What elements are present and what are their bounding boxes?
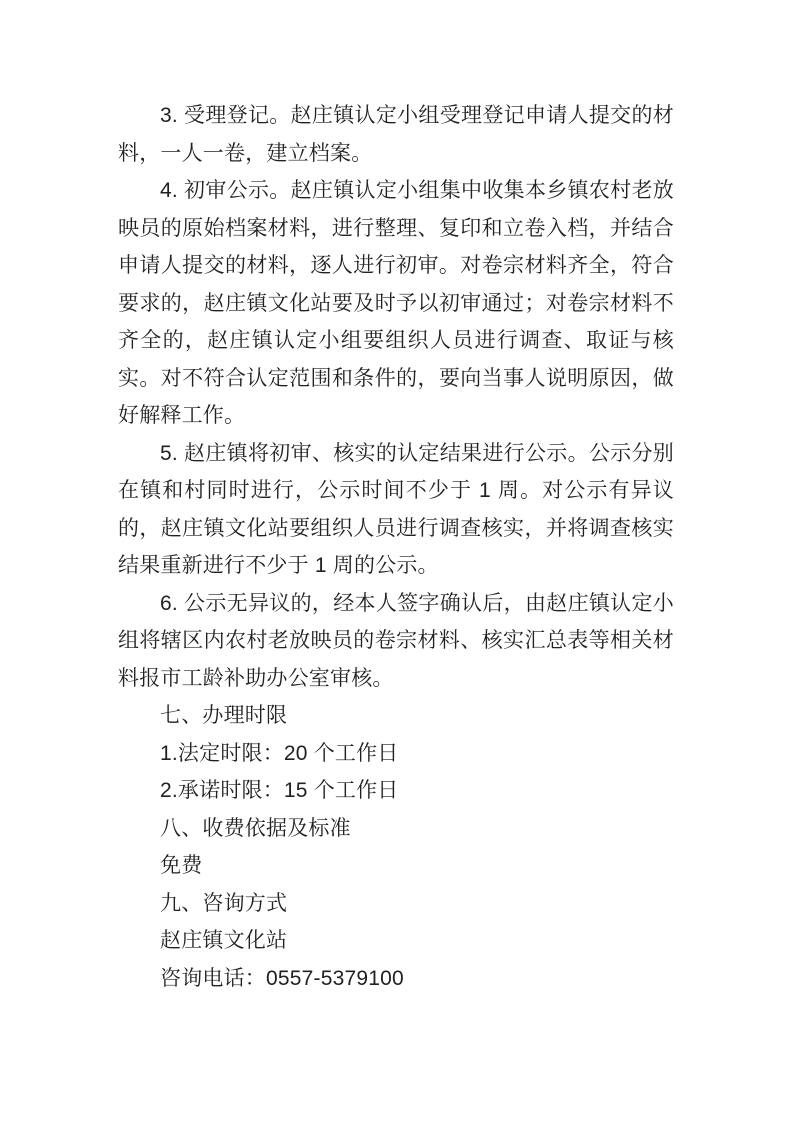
- paragraph-section-7-heading-time-limit: 七、办理时限: [118, 697, 674, 735]
- paragraph-list: 3. 受理登记。赵庄镇认定小组受理登记申请人提交的材料，一人一卷，建立档案。4.…: [118, 97, 674, 997]
- document-page: 3. 受理登记。赵庄镇认定小组受理登记申请人提交的材料，一人一卷，建立档案。4.…: [0, 0, 793, 1122]
- paragraph-step-3-accept-registration: 3. 受理登记。赵庄镇认定小组受理登记申请人提交的材料，一人一卷，建立档案。: [118, 97, 674, 172]
- paragraph-consultation-phone: 咨询电话：0557-5379100: [118, 960, 674, 998]
- paragraph-step-5-publicity-of-results: 5. 赵庄镇将初审、核实的认定结果进行公示。公示分别在镇和村同时进行，公示时间不…: [118, 435, 674, 585]
- paragraph-section-8-heading-fees: 八、收费依据及标准: [118, 810, 674, 848]
- paragraph-consultation-org: 赵庄镇文化站: [118, 922, 674, 960]
- paragraph-legal-time-limit: 1.法定时限：20 个工作日: [118, 735, 674, 773]
- paragraph-promised-time-limit: 2.承诺时限：15 个工作日: [118, 772, 674, 810]
- paragraph-section-9-heading-consultation: 九、咨询方式: [118, 885, 674, 923]
- paragraph-step-4-initial-review-publicity: 4. 初审公示。赵庄镇认定小组集中收集本乡镇农村老放映员的原始档案材料，进行整理…: [118, 172, 674, 435]
- paragraph-fee-free: 免费: [118, 847, 674, 885]
- paragraph-step-6-report-for-review: 6. 公示无异议的，经本人签字确认后，由赵庄镇认定小组将辖区内农村老放映员的卷宗…: [118, 585, 674, 698]
